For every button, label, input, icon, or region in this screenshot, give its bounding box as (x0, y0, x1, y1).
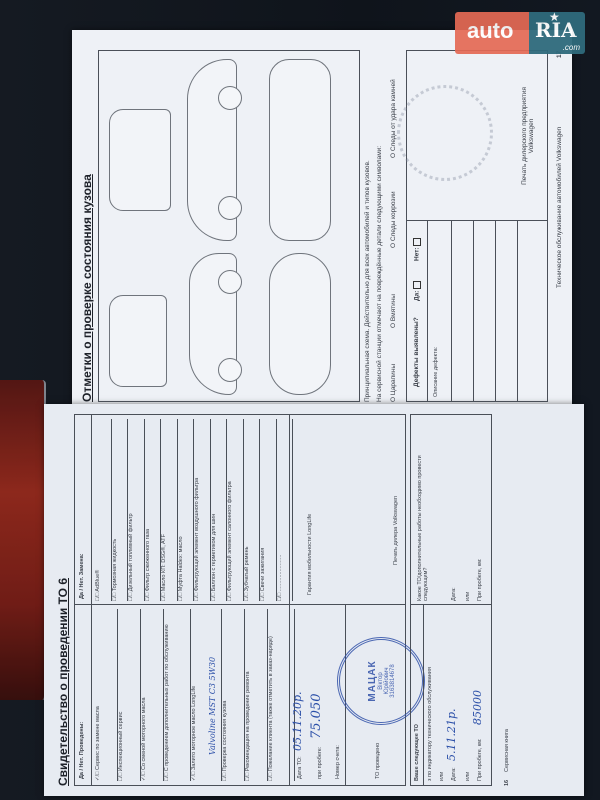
logo-com-text: .com (563, 43, 580, 52)
or-label: или (465, 592, 471, 601)
symbol-dents: О Вмятины (390, 294, 397, 328)
autoria-watermark: auto ★ RIA .com (455, 12, 585, 54)
car-side-right-icon (187, 59, 237, 241)
car-top-view-icon (269, 253, 331, 395)
invoice-label: Номер счета: (335, 745, 341, 779)
replace-item[interactable]: □/□ Муфта Haldex: масло (178, 419, 195, 601)
col-done-header: Да / Нет. Проведены: (79, 722, 85, 779)
defects-table: Дефекты выявлены? Да: Нет: Описание дефе… (406, 50, 548, 402)
page-footer: Техническое обслуживание автомобилей Vol… (556, 127, 563, 288)
logo-ria-text: RIA (535, 18, 577, 42)
note-text: На сервисной станции отмечают на поврежд… (376, 146, 383, 402)
logo-auto-text: auto (455, 12, 529, 54)
replace-item[interactable]: □/□ Фильтрующий элемент салонного фильтр… (227, 419, 244, 601)
page-footer: Сервисная книга (504, 729, 510, 772)
replace-item[interactable]: □/□ Фильтрующий элемент воздушного фильт… (194, 419, 211, 601)
defect-description-label: Описание дефекта: (433, 347, 439, 397)
car-side-left-icon (189, 253, 237, 395)
no-checkbox[interactable]: Нет: (413, 238, 421, 261)
date-value: 05.11.20р. (291, 691, 304, 751)
next-mileage-value: 85000 (471, 690, 484, 725)
car-rear-view-icon (109, 295, 167, 387)
done-item[interactable]: ✓/□ Залито моторное масло LongLife (191, 609, 222, 781)
done-item[interactable]: ✓/□ Сервис по замене масла (95, 609, 118, 781)
date-label: Дата ТО: (297, 756, 303, 779)
symbol-scratches: О Царапины (390, 364, 397, 402)
done-item[interactable]: □/□ Рекомендация на проведение ремонта (245, 609, 268, 781)
longlife-label: Гарантия мобильности LongLife (307, 514, 313, 595)
service-table: Да / Нет. Проведены: Да / Нет. Замена: ✓… (74, 414, 406, 786)
replace-item[interactable]: □/□ AdBlue® (95, 419, 112, 601)
page-title: Отметки о проверке состояния кузова (80, 174, 94, 402)
next-mileage-label: При пробеге, км: (477, 738, 483, 781)
faded-stamp (397, 85, 493, 181)
next-service-box: Ваше следующее ТО з по индикатору технич… (410, 414, 492, 786)
replace-item[interactable]: □/□ Свечи зажигания (260, 419, 277, 601)
done-item[interactable]: □/□ Проверка состояния кузова (222, 609, 245, 781)
done-item[interactable]: □/□ С проведением дополнительных работ п… (164, 609, 191, 781)
logo-ria: ★ RIA .com (529, 12, 585, 54)
replace-item[interactable]: □/□ Тормозная жидкость (112, 419, 129, 601)
service-certificate-page: Свидетельство о проведении ТО 6 Да / Нет… (44, 404, 584, 796)
defects-question: Дефекты выявлены? (413, 317, 420, 387)
next-service-title: Ваше следующее ТО (414, 724, 420, 781)
col-replace-header: Да / Нет. Замена: (79, 553, 85, 599)
page-number: 16 (504, 780, 510, 786)
replace-item[interactable]: □/□ Баллон с герметиком для шин (211, 419, 228, 601)
car-diagram-frame (98, 50, 360, 402)
to-done-label: ТО проведено (375, 743, 381, 779)
yes-checkbox[interactable]: Да: (413, 281, 421, 301)
car-front-view-icon (109, 109, 171, 211)
note-text: Принципиальная схема. Действительно для … (364, 160, 371, 402)
replace-items-list: □/□ AdBlue®□/□ Тормозная жидкость□/□ Диз… (95, 419, 293, 601)
dealer-stamp-label: Печать дилерского предприятия Volkswagen (521, 71, 535, 201)
or-label: или (439, 772, 445, 781)
replace-item[interactable]: □/□ Масло КП: DSG®, ATF (161, 419, 178, 601)
done-item[interactable]: ✓/□ Со сменой моторного масла (141, 609, 164, 781)
next-date2-label: Дата: (451, 587, 457, 601)
dealer-stamp-label: Печать дилера Volkswagen (393, 496, 399, 565)
red-case-object (0, 380, 46, 700)
symbol-stone-chips: О Следы от удара камней (390, 79, 397, 158)
replace-item[interactable]: □/□ Зубчатый ремень (244, 419, 261, 601)
or-label: или (465, 772, 471, 781)
done-items-list: ✓/□ Сервис по замене масла□/□ Инспекцион… (95, 609, 295, 781)
body-inspection-page: Отметки о проверке состояния кузова Прин… (72, 30, 572, 408)
page-title: Свидетельство о проведении ТО 6 (56, 578, 70, 786)
mileage-label: при пробеге: (317, 747, 323, 779)
replace-item[interactable]: □/□ Дизельный топливный фильтр (128, 419, 145, 601)
symbol-corrosion: О Следы коррозии (390, 191, 397, 248)
by-indicator-label: з по индикатору технического обслуживани… (427, 667, 433, 781)
done-item[interactable]: □/□ Инспекционный сервис (118, 609, 141, 781)
next-date-value: 5.11.21р. (445, 708, 458, 761)
mileage-value: 75.050 (309, 694, 324, 740)
replace-item[interactable]: □/□ Фильтр сжиженного газа (145, 419, 162, 601)
next-mileage2-label: При пробеге, км: (477, 558, 483, 601)
oil-handwritten: Valvoline MST C3 5W30 (208, 657, 217, 755)
next-date-label: Дата: (451, 767, 457, 781)
additional-work-question: Какое ТО/дополнительные работы необходим… (417, 451, 429, 601)
car-underbody-view-icon (269, 59, 331, 241)
replace-item[interactable]: □/□ ........................ (277, 419, 294, 601)
